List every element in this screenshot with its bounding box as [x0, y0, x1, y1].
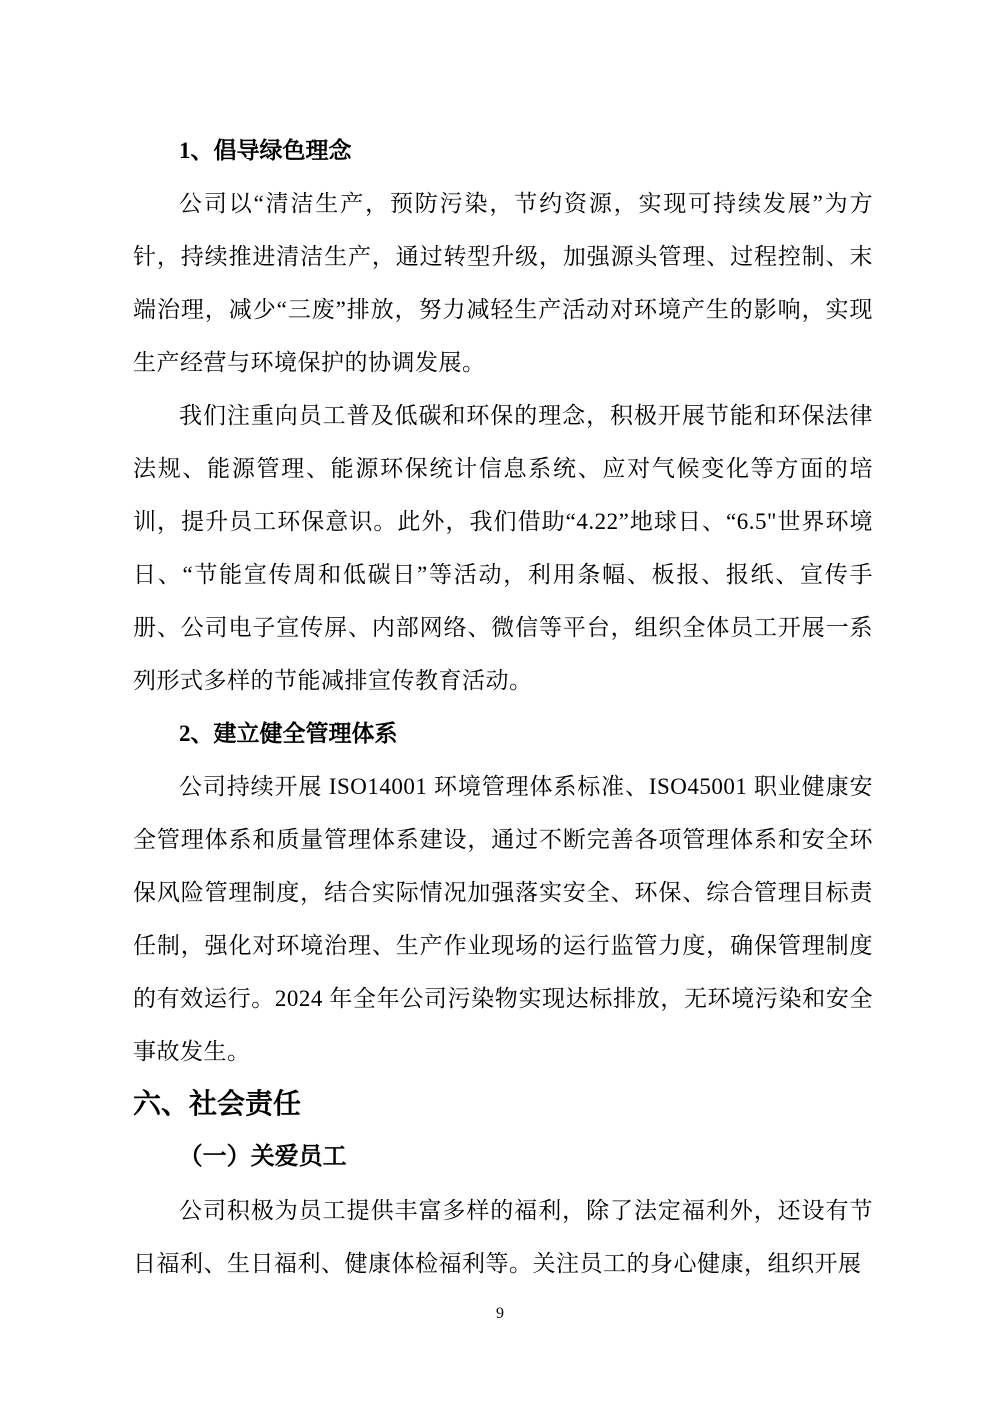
paragraph-green-training: 我们注重向员工普及低碳和环保的理念，积极开展节能和环保法律法规、能源管理、能源环… — [133, 389, 873, 707]
heading-employee-care: （一）关爱员工 — [133, 1131, 873, 1184]
page-number: 9 — [0, 1302, 1000, 1326]
paragraph-green-policy: 公司以“清洁生产，预防污染，节约资源，实现可持续发展”为方针，持续推进清洁生产，… — [133, 177, 873, 389]
document-content: 1、倡导绿色理念 公司以“清洁生产，预防污染，节约资源，实现可持续发展”为方针，… — [133, 124, 873, 1290]
paragraph-employee-welfare: 公司积极为员工提供丰富多样的福利，除了法定福利外，还设有节日福利、生日福利、健康… — [133, 1184, 873, 1290]
heading-social-responsibility: 六、社会责任 — [133, 1078, 873, 1131]
document-page: 1、倡导绿色理念 公司以“清洁生产，预防污染，节约资源，实现可持续发展”为方针，… — [0, 0, 1000, 1415]
heading-management-system: 2、建立健全管理体系 — [133, 707, 873, 760]
paragraph-management-system: 公司持续开展 ISO14001 环境管理体系标准、ISO45001 职业健康安全… — [133, 760, 873, 1078]
heading-green-concept: 1、倡导绿色理念 — [133, 124, 873, 177]
